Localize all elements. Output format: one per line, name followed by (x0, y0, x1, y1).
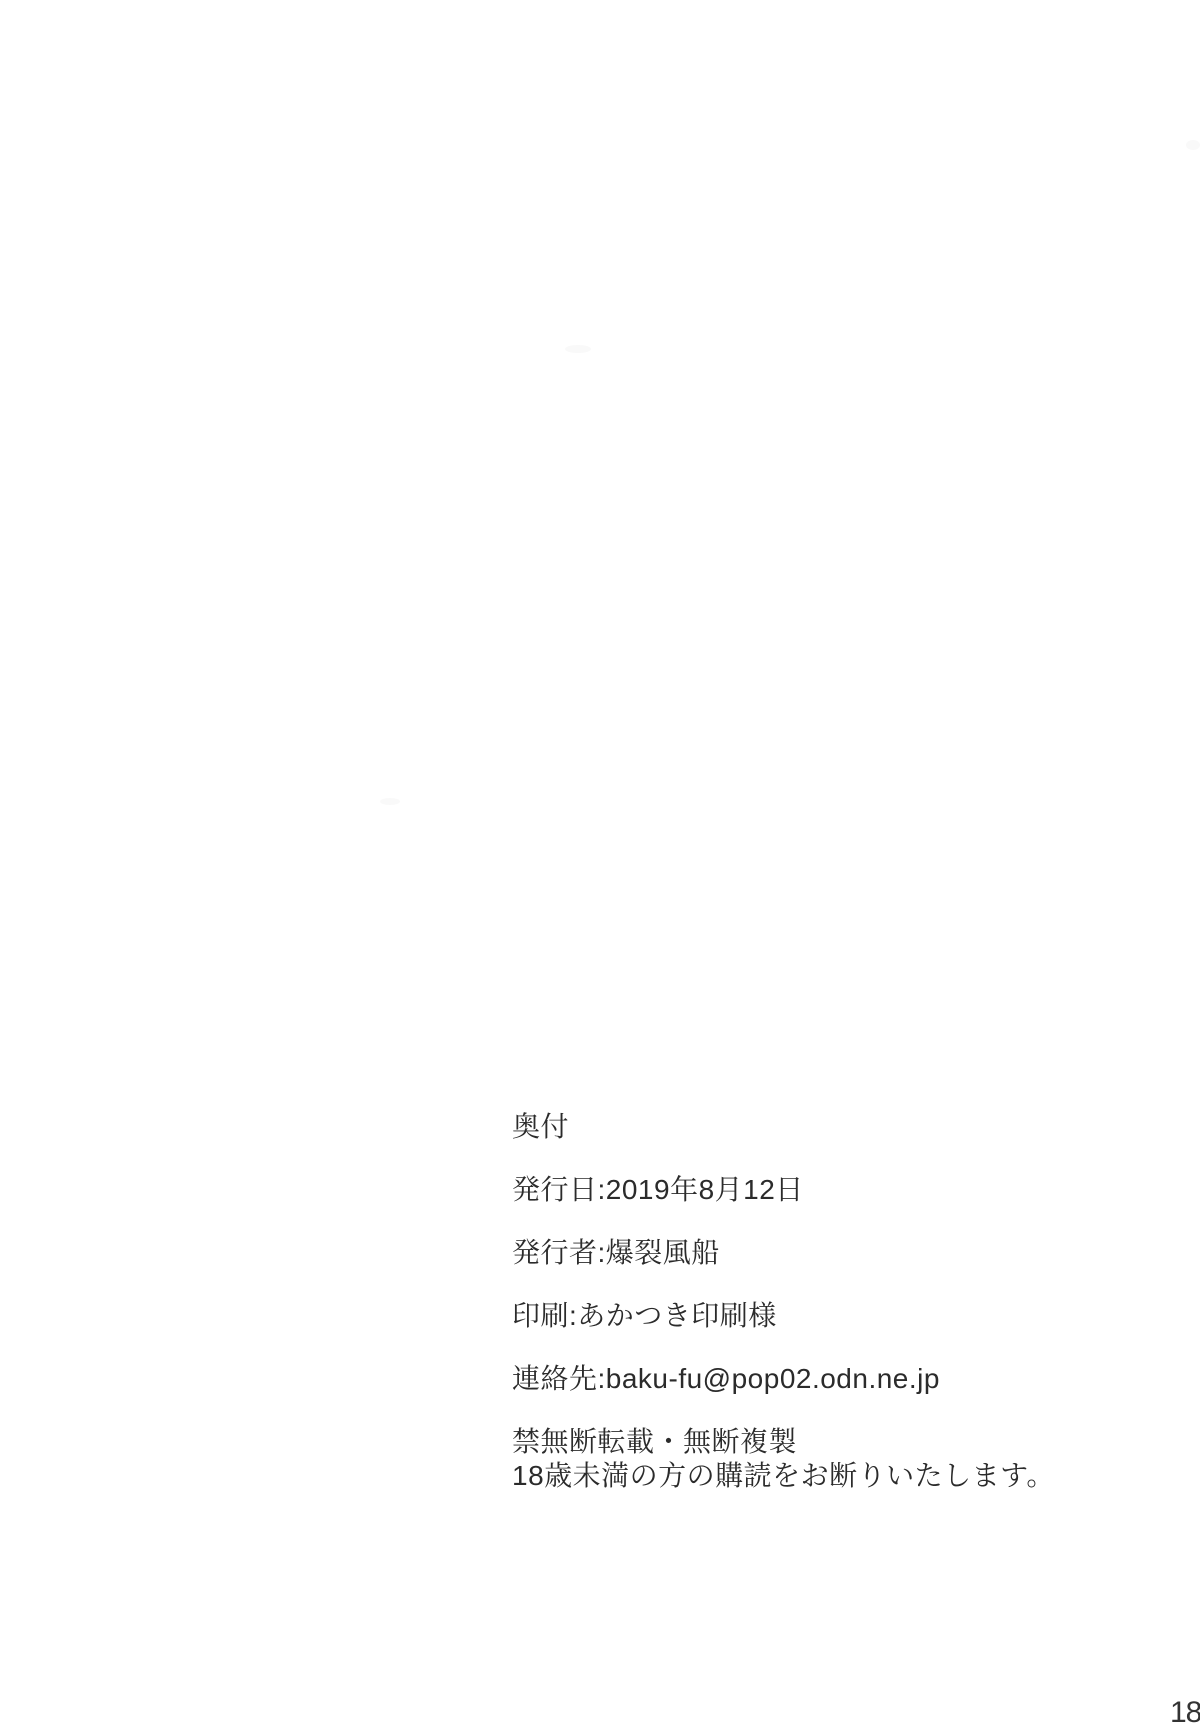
scan-artifact (565, 345, 591, 353)
colophon-title: 奥付 (512, 1110, 1055, 1144)
colophon-notice: 禁無断転載・無断複製 18歳未満の方の購読をお断りいたします。 (512, 1425, 1055, 1493)
notice-line-age-restriction: 18歳未満の方の購読をお断りいたします。 (512, 1459, 1055, 1493)
scan-artifact (1186, 140, 1200, 150)
colophon-line-publisher: 発行者:爆裂風船 (512, 1236, 1055, 1270)
page-number: 18 (1170, 1698, 1200, 1728)
scan-artifact (380, 798, 400, 805)
colophon-line-contact-email: 連絡先:baku-fu@pop02.odn.ne.jp (512, 1362, 1055, 1396)
scanned-document-page: 奥付 発行日:2019年8月12日 発行者:爆裂風船 印刷:あかつき印刷様 連絡… (0, 0, 1200, 1731)
colophon-line-publish-date: 発行日:2019年8月12日 (512, 1173, 1055, 1207)
notice-line-no-reproduction: 禁無断転載・無断複製 (512, 1425, 1055, 1459)
colophon-block: 奥付 発行日:2019年8月12日 発行者:爆裂風船 印刷:あかつき印刷様 連絡… (512, 1110, 1055, 1493)
colophon-line-printer: 印刷:あかつき印刷様 (512, 1299, 1055, 1333)
